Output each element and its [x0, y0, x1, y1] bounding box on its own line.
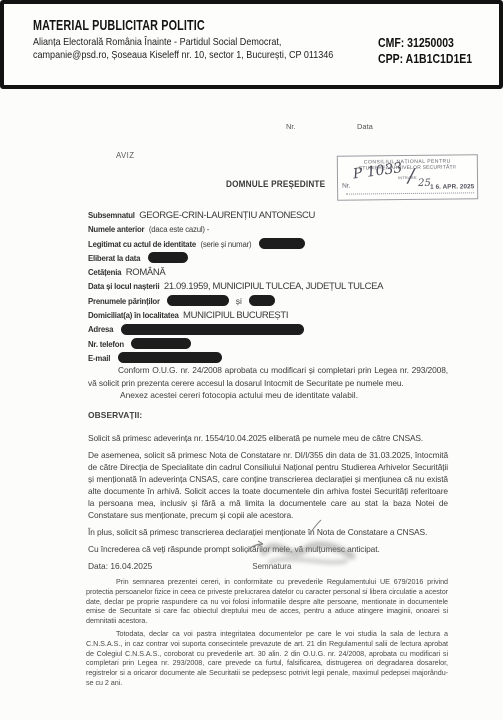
field-note: (daca este cazul) - [149, 225, 209, 234]
stamp-intrare-label: INTRARE [398, 176, 417, 180]
date-line: Data: 16.04.2025 [88, 561, 152, 571]
redacted-email [118, 352, 222, 363]
paragraph-in-plus: În plus, solicit să primesc transcrierea… [88, 526, 448, 539]
form-row-numele-anterior: Numele anterior (daca este cazul) - [88, 219, 448, 233]
form-row-data-nasterii: Data și locul nașterii 21.09.1959, MUNIC… [88, 276, 448, 290]
registry-nr-label: Nr. [286, 122, 296, 131]
header-left-block: MATERIAL PUBLICITAR POLITIC Alianța Elec… [33, 17, 382, 61]
aviz-label: AVIZ [116, 151, 134, 160]
document-body: Subsemnatul GEORGE-CRIN-LAURENȚIU ANTONE… [88, 201, 448, 571]
cpp-code: CPP: A1B1C1D1E1 [378, 52, 472, 68]
form-row-adresa: Adresa [88, 319, 448, 333]
field-note: (serie și numar) [200, 240, 251, 249]
registry-date-label: Data [357, 122, 373, 131]
paragraph-solicit: Solicit să primesc adeverința nr. 1554/1… [88, 432, 448, 445]
cnsas-registration-stamp: CONSILIUL NAȚIONAL PENTRU STUDIEREA ARHI… [337, 154, 478, 200]
field-label: E-mail [88, 354, 110, 363]
fine-print: Prin semnarea prezentei cereri, in confo… [86, 577, 448, 688]
cmf-code: CMF: 31250003 [378, 36, 472, 52]
form-row-domiciliu: Domiciliat(a) în localitatea MUNICIPIUL … [88, 305, 448, 319]
salutation: DOMNULE PREȘEDINTE [226, 179, 325, 189]
header-codes-block: CMF: 31250003 CPP: A1B1C1D1E1 [378, 36, 490, 67]
form-row-email: E-mail [88, 348, 448, 362]
form-row-subsemnatul: Subsemnatul GEORGE-CRIN-LAURENȚIU ANTONE… [88, 205, 448, 219]
form-row-telefon: Nr. telefon [88, 334, 448, 348]
signature-label: Semnatura [252, 562, 291, 571]
paragraph-incredere: Cu încrederea că veți răspunde prompt so… [88, 543, 448, 556]
fine-print-paragraph-1: Prin semnarea prezentei cereri, in confo… [86, 577, 448, 626]
form-row-eliberat: Eliberat la data [88, 248, 448, 262]
header-title: MATERIAL PUBLICITAR POLITIC [33, 17, 284, 34]
header-org-line: Alianța Electorală România Înainte - Par… [33, 36, 333, 49]
paragraph-de-asemenea: De asemenea, solicit să primesc Nota de … [88, 449, 448, 521]
stamp-date: 1 6. APR. 2025 [430, 183, 474, 190]
form-row-cetatenia: Cetățenia ROMÂNĂ [88, 262, 448, 276]
paragraph-anexa: Anexez acestei cereri fotocopia actului … [88, 389, 448, 402]
observatii-title: OBSERVAȚII: [88, 409, 448, 422]
closing-row: Data: 16.04.2025Semnatura [88, 561, 448, 571]
header-contact-line: campanie@psd.ro, Șoseaua Kiseleff nr. 10… [33, 49, 333, 62]
stamp-nr-label: Nr. [342, 183, 350, 190]
form-row-legitimat: Legitimat cu actul de identitate (serie … [88, 234, 448, 248]
form-row-prenume-parinti: Prenumele părinților și [88, 291, 448, 305]
scanned-document-page: MATERIAL PUBLICITAR POLITIC Alianța Elec… [0, 0, 503, 720]
political-ad-header-box: MATERIAL PUBLICITAR POLITIC Alianța Elec… [0, 0, 503, 89]
fine-print-paragraph-2: Totodata, declar ca voi pastra integrita… [86, 629, 448, 688]
paragraph-conform: Conform O.U.G. nr. 24/2008 aprobata cu m… [88, 364, 448, 389]
field-label: Numele anterior [88, 225, 144, 234]
stamp-dotted-line [346, 192, 474, 194]
stamp-handwritten-year: 25 [418, 178, 431, 189]
redacted-id-serial [259, 238, 305, 249]
